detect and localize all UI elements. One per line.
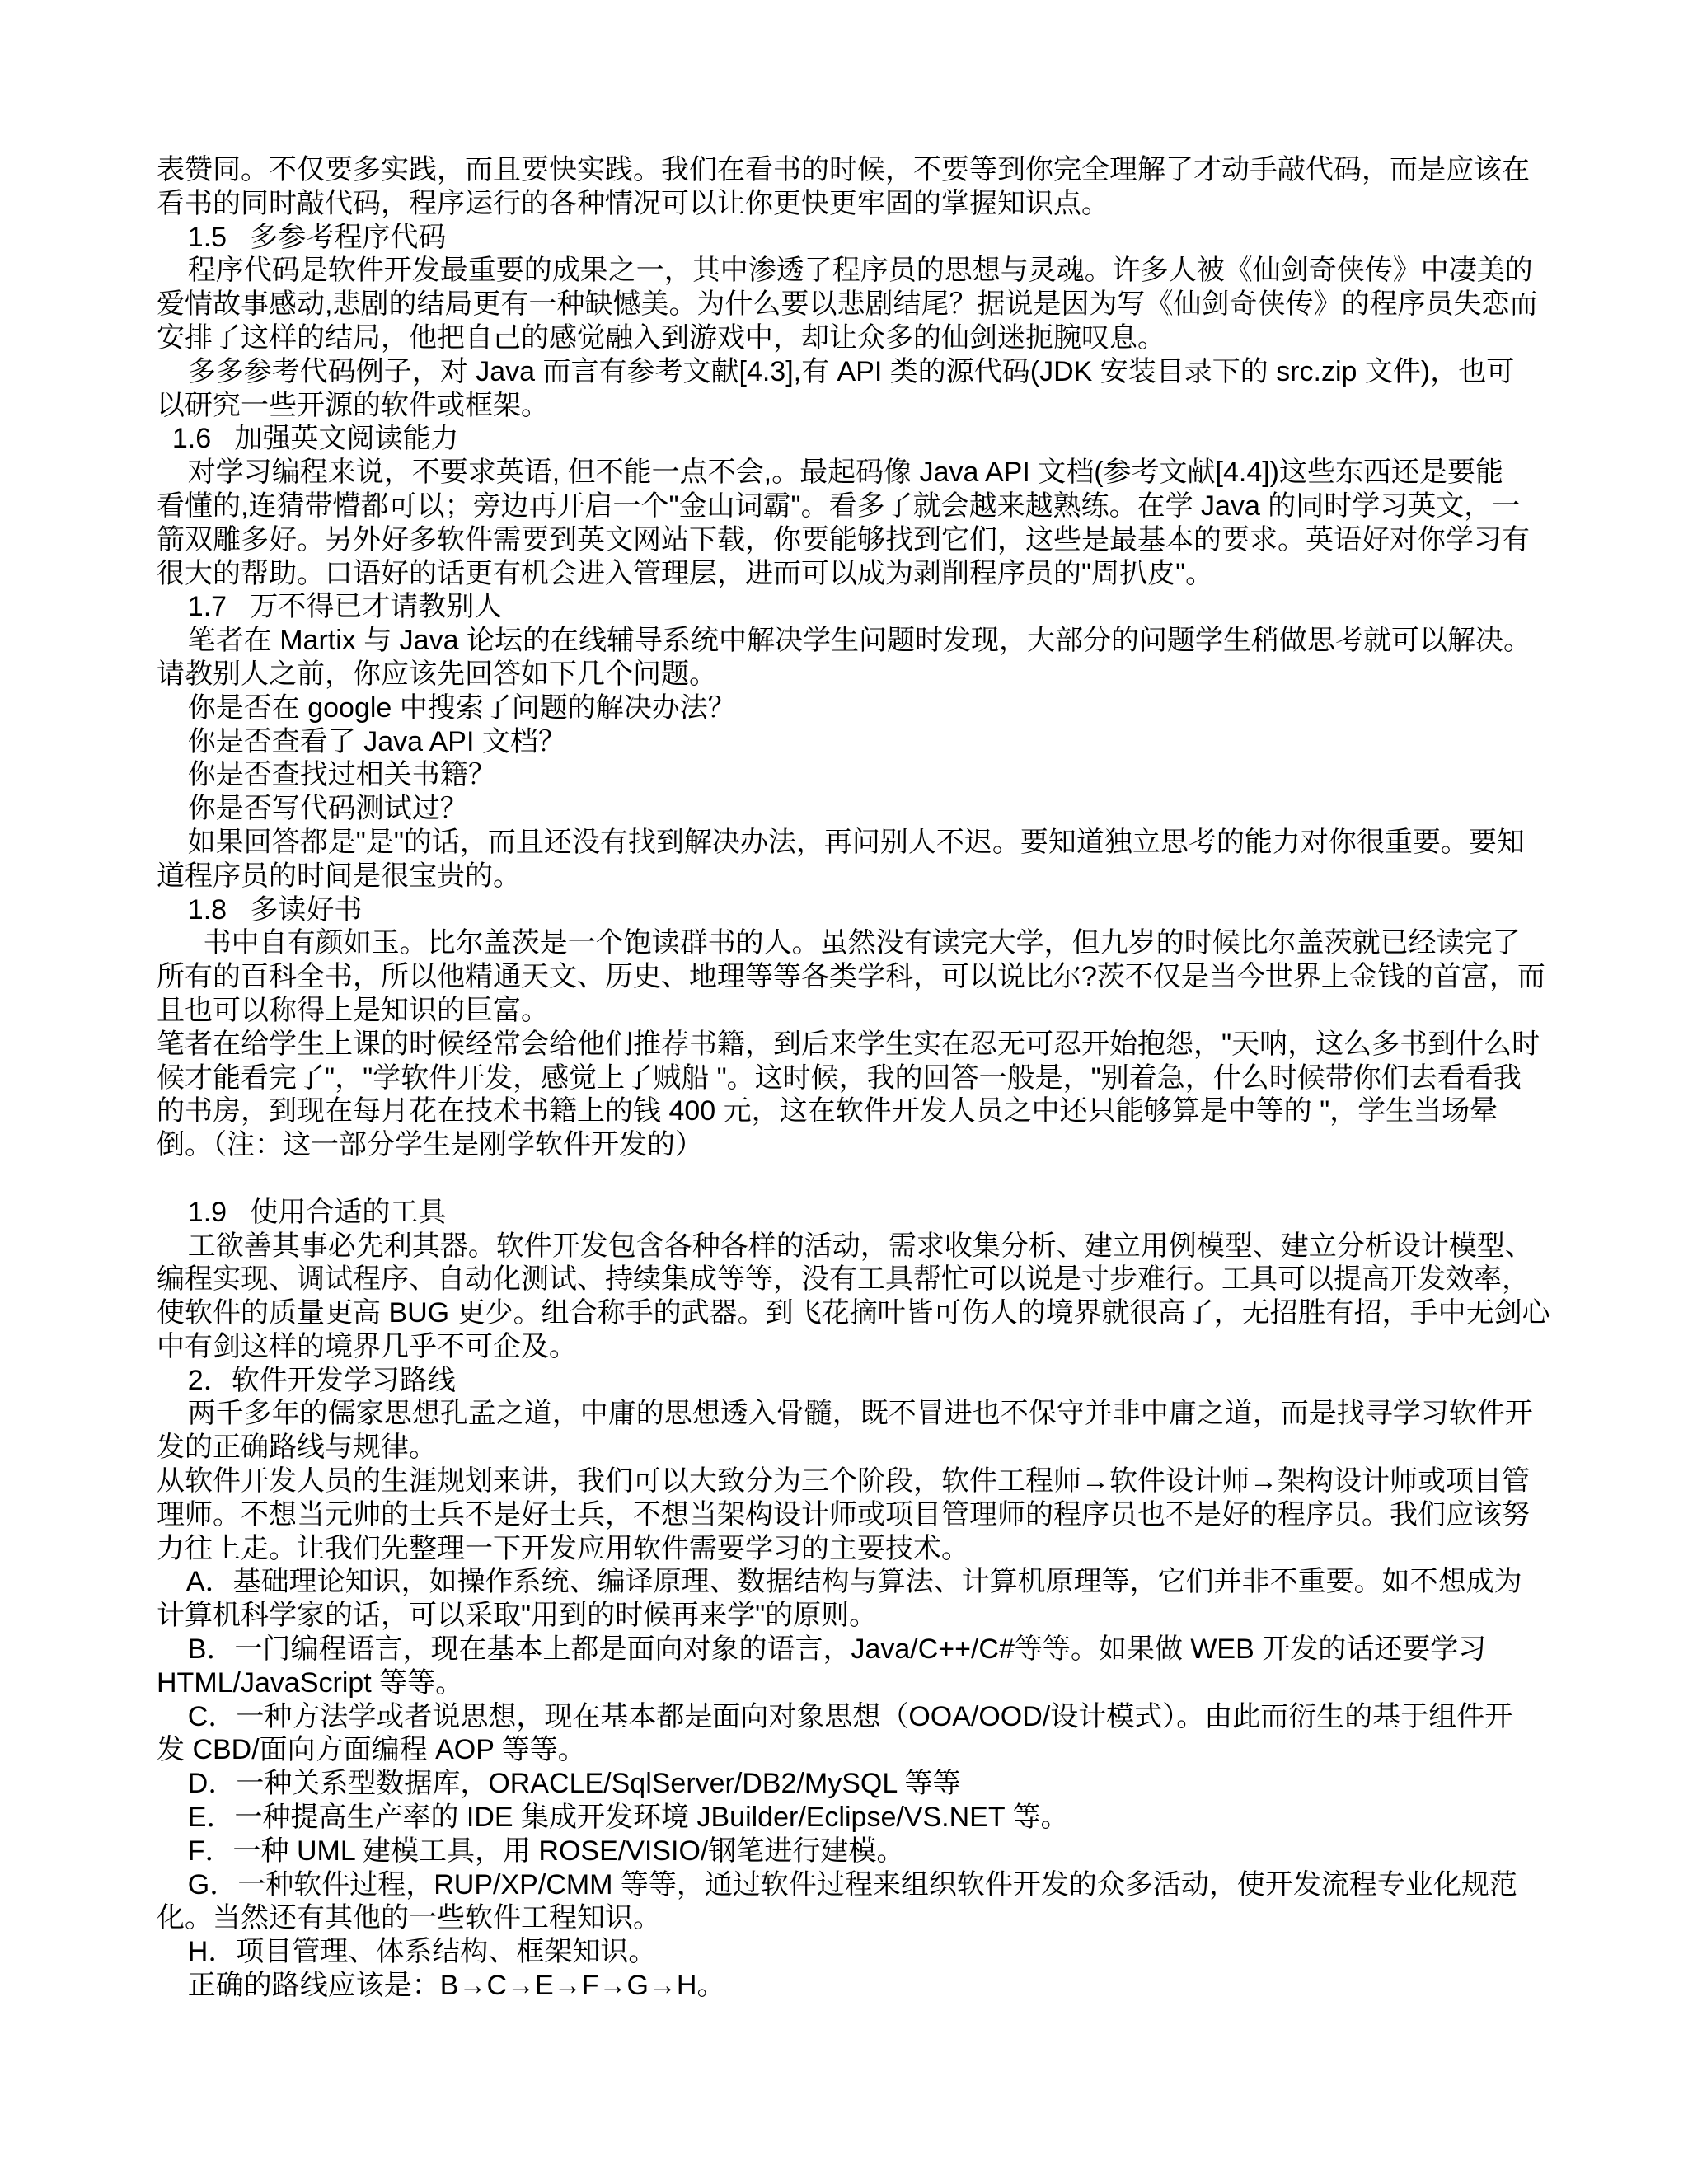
text-line: G．一种软件过程，RUP/XP/CMM 等等，通过软件过程来组织软件开发的众多活… — [157, 1868, 1574, 1902]
text-line: 笔者在 Martix 与 Java 论坛的在线辅导系统中解决学生问题时发现，大部… — [157, 624, 1574, 658]
text-line: A．基础理论知识，如操作系统、编译原理、数据结构与算法、计算机原理等，它们并非不… — [157, 1565, 1574, 1599]
text-line: 安排了这样的结局，他把自己的感觉融入到游戏中，却让众多的仙剑迷扼腕叹息。 — [157, 321, 1574, 355]
text-line: 书中自有颜如玉。比尔盖茨是一个饱读群书的人。虽然没有读完大学，但九岁的时候比尔盖… — [157, 926, 1574, 960]
text-line: 1.9 使用合适的工具 — [157, 1196, 1574, 1230]
text-line: 2．软件开发学习路线 — [157, 1364, 1574, 1398]
text-line: 多多参考代码例子，对 Java 而言有参考文献[4.3],有 API 类的源代码… — [157, 355, 1574, 389]
text-line: 1.8 多读好书 — [157, 893, 1574, 927]
text-line: F．一种 UML 建模工具，用 ROSE/VISIO/钢笔进行建模。 — [157, 1835, 1574, 1868]
text-line: 你是否在 google 中搜索了问题的解决办法？ — [157, 691, 1574, 725]
text-line: 的书房，到现在每月花在技术书籍上的钱 400 元，这在软件开发人员之中还只能够算… — [157, 1094, 1574, 1128]
text-line: H．项目管理、体系结构、框架知识。 — [157, 1935, 1574, 1969]
text-line: 看懂的,连猜带懵都可以；旁边再开启一个"金山词霸"。看多了就会越来越熟练。在学 … — [157, 490, 1574, 523]
text-line: 编程实现、调试程序、自动化测试、持续集成等等，没有工具帮忙可以说是寸步难行。工具… — [157, 1263, 1574, 1296]
text-line: 计算机科学家的话，可以采取"用到的时候再来学"的原则。 — [157, 1599, 1574, 1633]
text-line: E．一种提高生产率的 IDE 集成开发环境 JBuilder/Eclipse/V… — [157, 1801, 1574, 1835]
text-line: 且也可以称得上是知识的巨富。 — [157, 994, 1574, 1028]
text-line: 所有的百科全书，所以他精通天文、历史、地理等等各类学科，可以说比尔?茨不仅是当今… — [157, 960, 1574, 994]
text-line: 你是否查看了 Java API 文档？ — [157, 725, 1574, 759]
text-line: 如果回答都是"是"的话，而且还没有找到解决办法，再问别人不迟。要知道独立思考的能… — [157, 826, 1574, 860]
text-line: B．一门编程语言，现在基本上都是面向对象的语言，Java/C++/C#等等。如果… — [157, 1633, 1574, 1666]
text-line: 中有剑这样的境界几乎不可企及。 — [157, 1330, 1574, 1364]
text-line: 箭双雕多好。另外好多软件需要到英文网站下载，你要能够找到它们，这些是最基本的要求… — [157, 523, 1574, 557]
text-line: 你是否查找过相关书籍？ — [157, 758, 1574, 792]
text-line: 道程序员的时间是很宝贵的。 — [157, 860, 1574, 893]
text-line: 爱情故事感动,悲剧的结局更有一种缺憾美。为什么要以悲剧结尾？据说是因为写《仙剑奇… — [157, 288, 1574, 321]
text-line: 发的正确路线与规律。 — [157, 1431, 1574, 1465]
text-line: C．一种方法学或者说思想，现在基本都是面向对象思想（OOA/OOD/设计模式）。… — [157, 1700, 1574, 1734]
text-line: 工欲善其事必先利其器。软件开发包含各种各样的活动，需求收集分析、建立用例模型、建… — [157, 1230, 1574, 1263]
text-line: 候才能看完了"，"学软件开发，感觉上了贼船 "。这时候，我的回答一般是，"别着急… — [157, 1062, 1574, 1095]
text-line: 1.5 多参考程序代码 — [157, 221, 1574, 255]
text-line: 1.7 万不得已才请教别人 — [157, 590, 1574, 624]
text-line: 以研究一些开源的软件或框架。 — [157, 389, 1574, 423]
document-text: 表赞同。不仅要多实践，而且要快实践。我们在看书的时候，不要等到你完全理解了才动手… — [157, 153, 1574, 2003]
text-line: HTML/JavaScript 等等。 — [157, 1666, 1574, 1700]
text-line: 从软件开发人员的生涯规划来讲，我们可以大致分为三个阶段，软件工程师→软件设计师→… — [157, 1465, 1574, 1498]
text-line: 1.6 加强英文阅读能力 — [157, 422, 1574, 456]
text-line: 倒。（注：这一部分学生是刚学软件开发的） — [157, 1128, 1574, 1162]
document-page: 表赞同。不仅要多实践，而且要快实践。我们在看书的时候，不要等到你完全理解了才动手… — [0, 0, 1688, 2184]
text-line: 请教别人之前，你应该先回答如下几个问题。 — [157, 658, 1574, 691]
text-line: D．一种关系型数据库，ORACLE/SqlServer/DB2/MySQL 等等 — [157, 1767, 1574, 1801]
text-line: 程序代码是软件开发最重要的成果之一，其中渗透了程序员的思想与灵魂。许多人被《仙剑… — [157, 254, 1574, 288]
text-line: 化。当然还有其他的一些软件工程知识。 — [157, 1901, 1574, 1935]
text-line: 使软件的质量更高 BUG 更少。组合称手的武器。到飞花摘叶皆可伤人的境界就很高了… — [157, 1296, 1574, 1330]
text-line: 理师。不想当元帅的士兵不是好士兵，不想当架构设计师或项目管理师的程序员也不是好的… — [157, 1498, 1574, 1532]
text-line: 很大的帮助。口语好的话更有机会进入管理层，进而可以成为剥削程序员的"周扒皮"。 — [157, 557, 1574, 591]
text-line: 你是否写代码测试过？ — [157, 792, 1574, 826]
text-line: 正确的路线应该是：B→C→E→F→G→H。 — [157, 1969, 1574, 2003]
text-line: 力往上走。让我们先整理一下开发应用软件需要学习的主要技术。 — [157, 1532, 1574, 1566]
text-line — [157, 1162, 1574, 1196]
text-line: 笔者在给学生上课的时候经常会给他们推荐书籍，到后来学生实在忍无可忍开始抱怨，"天… — [157, 1028, 1574, 1062]
text-line: 两千多年的儒家思想孔孟之道，中庸的思想透入骨髓，既不冒进也不保守并非中庸之道，而… — [157, 1397, 1574, 1431]
text-line: 表赞同。不仅要多实践，而且要快实践。我们在看书的时候，不要等到你完全理解了才动手… — [157, 153, 1574, 187]
text-line: 发 CBD/面向方面编程 AOP 等等。 — [157, 1733, 1574, 1767]
text-line: 对学习编程来说，不要求英语, 但不能一点不会,。最起码像 Java API 文档… — [157, 456, 1574, 490]
text-line: 看书的同时敲代码，程序运行的各种情况可以让你更快更牢固的掌握知识点。 — [157, 187, 1574, 221]
